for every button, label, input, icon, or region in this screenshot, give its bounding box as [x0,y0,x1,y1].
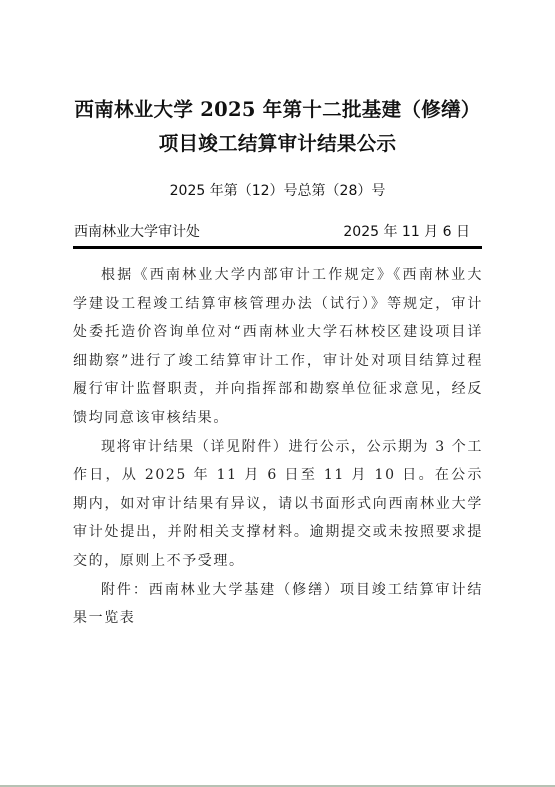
header-divider [73,246,482,249]
paragraph-basis: 根据《西南林业大学内部审计工作规定》《西南林业大学建设工程竣工结算审核管理办法（… [73,261,483,433]
document-title-line-1: 西南林业大学 2025 年第十二批基建（修缮） [0,94,555,122]
issue-date: 2025 年 11 月 6 日 [343,221,470,241]
document-title-line-2: 项目竣工结算审计结果公示 [0,128,555,156]
document-page: 西南林业大学 2025 年第十二批基建（修缮） 项目竣工结算审计结果公示 202… [0,0,555,787]
paragraph-announcement: 现将审计结果（详见附件）进行公示，公示期为 3 个工作日，从 2025 年 11… [73,433,483,576]
issuer: 西南林业大学审计处 [74,221,200,241]
paragraph-attachment: 附件：西南林业大学基建（修缮）项目竣工结算审计结果一览表 [73,576,483,633]
document-body: 根据《西南林业大学内部审计工作规定》《西南林业大学建设工程竣工结算审核管理办法（… [73,261,483,633]
document-number: 2025 年第（12）号总第（28）号 [0,180,555,200]
